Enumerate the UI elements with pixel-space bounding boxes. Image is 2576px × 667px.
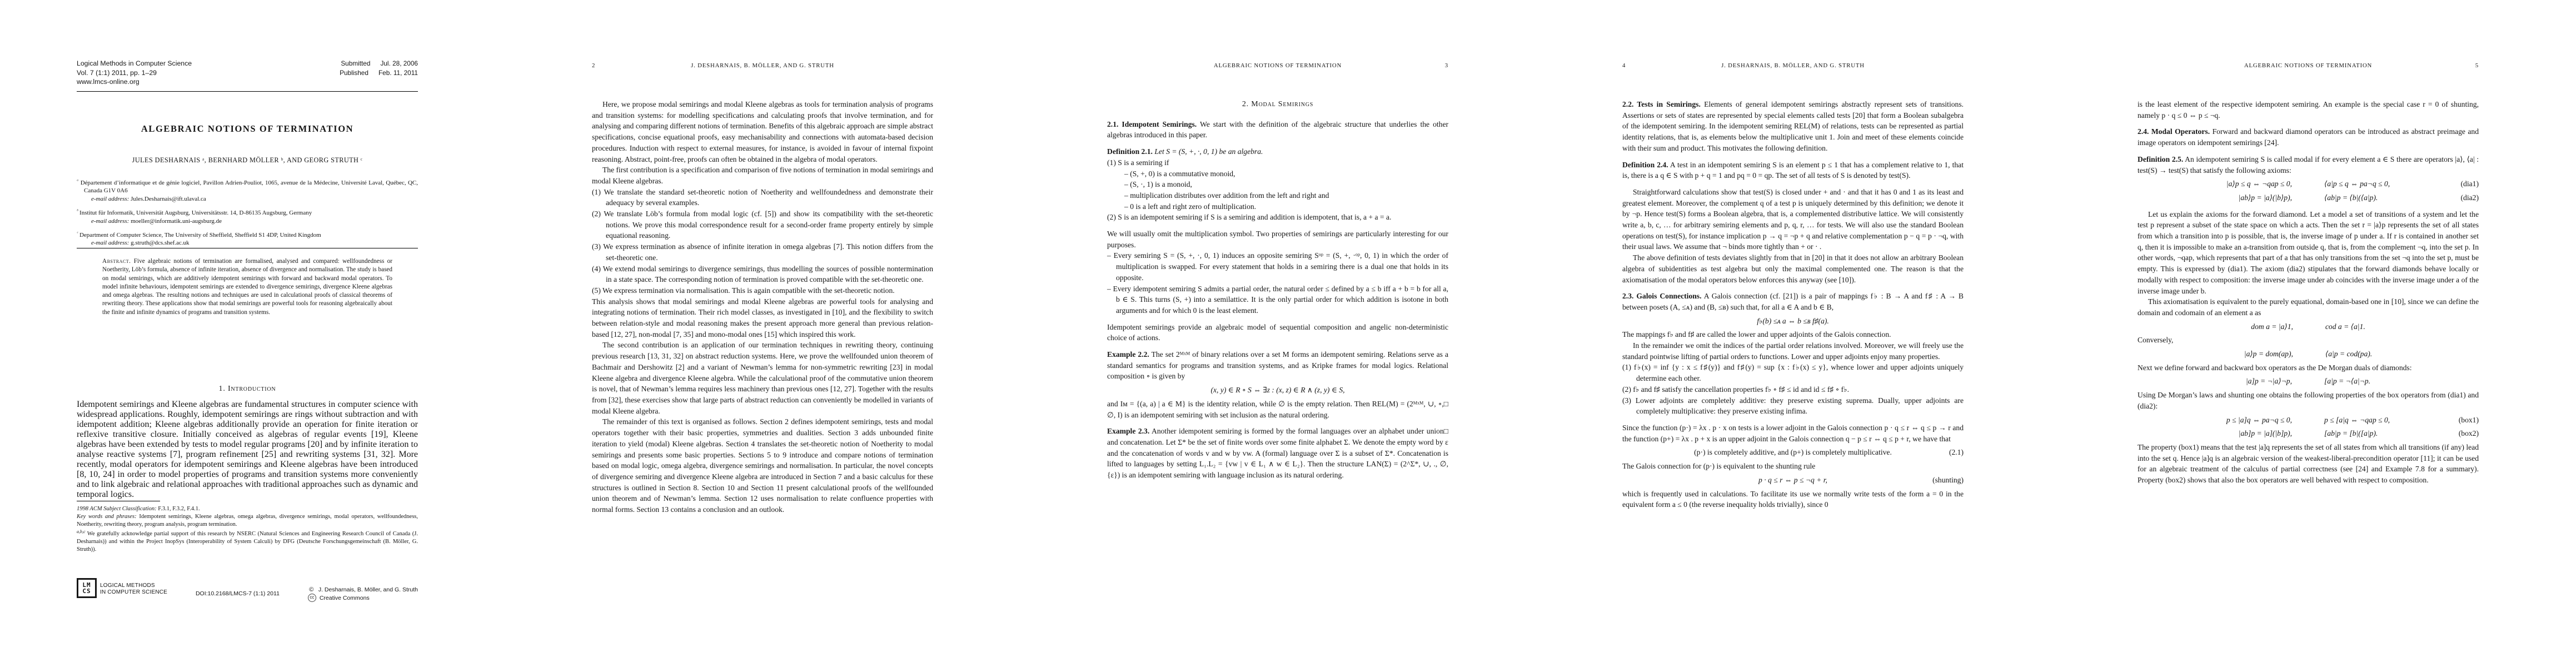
subsection-lead: 2.4. Modal Operators.: [2137, 127, 2210, 136]
equation-label: (box2): [2459, 428, 2479, 439]
subsection-lead: 2.1. Idempotent Semirings.: [1107, 120, 1197, 128]
list-item: (2) S is an idempotent semiring if S is …: [1107, 212, 1448, 223]
body-paragraph: This analysis shows that modal semirings…: [592, 296, 933, 340]
footnote-keywords-label: Key words and phrases:: [77, 514, 137, 520]
running-header: 2 J. DESHARNAIS, B. MÖLLER, AND G. STRUT…: [592, 62, 933, 69]
definition-lead: Definition 2.1.: [1107, 147, 1153, 156]
formula-text: f♭(b) ≤ᴀ a ⇔ b ≤ʙ f♯(a).: [1757, 317, 1829, 325]
affiliation-c: ᶜ Department of Computer Science, The Un…: [77, 229, 418, 247]
journal-url: www.lmcs-online.org: [77, 77, 192, 87]
page-3: ALGEBRAIC NOTIONS OF TERMINATION 3 2. Mo…: [1030, 0, 1546, 667]
abstract-block: Abstract. Five algebraic notions of term…: [77, 248, 418, 317]
subsection-paragraph: 2.3. Galois Connections. A Galois connec…: [1622, 291, 1964, 312]
formula-right: ⟨a|p ≤ q ⇔ pa¬q ≤ 0,: [2324, 180, 2390, 188]
formula-left: |a⟩p ≤ q ⇔ ¬qap ≤ 0,: [2226, 180, 2292, 188]
lmcs-logo-bottom: CS: [82, 588, 91, 594]
formula-left: |a]p = ¬|a⟩¬p,: [2246, 377, 2292, 385]
creative-commons-icon: cc: [308, 594, 316, 602]
affiliation-text: Département d’informatique et de génie l…: [81, 180, 418, 194]
list-item: (2) We translate Löb’s formula from moda…: [592, 208, 933, 241]
journal-info: Logical Methods in Computer Science Vol.…: [77, 59, 192, 87]
example-text: Another idempotent semiring is formed by…: [1107, 427, 1448, 479]
footnote-acm: 1998 ACM Subject Classification: F.3.1, …: [77, 505, 418, 513]
formula-right: [ab|p = [b|([a|p).: [2324, 429, 2378, 437]
body-paragraph: We will usually omit the multiplication …: [1107, 228, 1448, 250]
display-formula: dom a = |a⟩1,cod a = ⟨a|1.: [2137, 321, 2479, 332]
footnote-acm-label: 1998 ACM Subject Classification:: [77, 506, 157, 512]
definition-paragraph: Definition 2.4. A test in an idempotent …: [1622, 160, 1964, 181]
formula-text: p · q ≤ r ⇔ p ≤ ¬q + r,: [1758, 476, 1827, 484]
running-header: ALGEBRAIC NOTIONS OF TERMINATION 5: [2137, 62, 2479, 69]
formula-text: (x, y) ∈ R ∘ S ⇔ ∃z : (x, z) ∈ R ∧ (z, y…: [1210, 386, 1344, 394]
email-label: e-mail address:: [91, 240, 129, 246]
subsection-paragraph: 2.2. Tests in Semirings. Elements of gen…: [1622, 99, 1964, 154]
published-date: Feb. 11, 2011: [378, 68, 418, 78]
running-title: J. DESHARNAIS, B. MÖLLER, AND G. STRUTH: [625, 62, 900, 69]
text-column: Here, we propose modal semirings and mod…: [592, 99, 933, 515]
email-label: e-mail address:: [91, 218, 129, 225]
email-address: Jules.Desharnais@ift.ulaval.ca: [131, 196, 206, 202]
body-paragraph: Straightforward calculations show that t…: [1622, 187, 1964, 252]
definition-text: Let S = (S, +, ·, 0, 1) be an algebra.: [1154, 147, 1263, 156]
affiliation-mark: ᵃ: [77, 178, 78, 183]
body-paragraph: Next we define forward and backward box …: [2137, 362, 2479, 374]
footnote-acm-text: F.3.1, F.3.2, F.4.1.: [158, 506, 200, 512]
page-number: 3: [1415, 62, 1448, 69]
page-1: Logical Methods in Computer Science Vol.…: [0, 0, 515, 667]
body-paragraph: The first contribution is a specificatio…: [592, 165, 933, 186]
page-2: 2 J. DESHARNAIS, B. MÖLLER, AND G. STRUT…: [515, 0, 1030, 667]
display-formula: |a⟩p ≤ q ⇔ ¬qap ≤ 0,⟨a|p ≤ q ⇔ pa¬q ≤ 0,…: [2137, 178, 2479, 190]
pdf-document: Logical Methods in Computer Science Vol.…: [0, 0, 2576, 667]
text-column: is the least element of the respective i…: [2137, 99, 2479, 486]
page-4: 4 J. DESHARNAIS, B. MÖLLER, AND G. STRUT…: [1546, 0, 2061, 667]
lmcs-logo-icon: LM CS: [77, 578, 97, 598]
list-item: (1) We translate the standard set-theore…: [592, 187, 933, 208]
affiliations: ᵃ Département d’informatique et de génie…: [77, 177, 418, 251]
formula-text: (p·) is completely additive, and (p+) is…: [1694, 448, 1892, 456]
lmcs-wordmark-line2: IN COMPUTER SCIENCE: [100, 589, 167, 596]
page-number: 4: [1622, 62, 1656, 69]
lmcs-wordmark: LOGICAL METHODS IN COMPUTER SCIENCE: [100, 578, 167, 595]
equation-label: (shunting): [1932, 475, 1964, 486]
example-paragraph: □ Example 2.3. Another idempotent semiri…: [1107, 426, 1448, 481]
email-label: e-mail address:: [91, 196, 129, 202]
abstract-text: Five algebraic notions of termination ar…: [102, 258, 392, 316]
journal-name: Logical Methods in Computer Science: [77, 59, 192, 68]
published-label: Published: [340, 68, 368, 78]
body-paragraph: This axiomatisation is equivalent to the…: [2137, 296, 2479, 318]
list-item: – Every semiring S = (S, +, ·, 0, 1) ind…: [1107, 250, 1448, 283]
footnote-keywords: Key words and phrases: Idempotent semiri…: [77, 513, 418, 529]
body-paragraph: which is frequently used in calculations…: [1622, 489, 1964, 510]
running-title: ALGEBRAIC NOTIONS OF TERMINATION: [1140, 62, 1415, 69]
subsection-paragraph: 2.4. Modal Operators. Forward and backwa…: [2137, 126, 2479, 148]
copyright-icon: ©: [308, 586, 315, 594]
list-item: – (S, ·, 1) is a monoid,: [1107, 179, 1448, 190]
footnote-rule: [77, 501, 160, 501]
list-item: – 0 is a left and right zero of multipli…: [1107, 201, 1448, 212]
copyright-credits: © J. Desharnais, B. Möller, and G. Strut…: [308, 578, 418, 602]
text-column: 2.2. Tests in Semirings. Elements of gen…: [1622, 99, 1964, 510]
affiliation-text: Institut für Informatik, Universität Aug…: [79, 210, 312, 216]
body-paragraph: Using De Morgan’s laws and shunting one …: [2137, 390, 2479, 411]
running-title: ALGEBRAIC NOTIONS OF TERMINATION: [2171, 62, 2445, 69]
display-formula: |a]p = ¬|a⟩¬p,[a|p = ¬⟨a|¬p.: [2137, 376, 2479, 387]
email-address: moeller@informatik.uni-augsburg.de: [131, 218, 222, 225]
copyright-holders: J. Desharnais, B. Möller, and G. Struth: [318, 586, 418, 594]
formula-left: dom a = |a⟩1,: [2251, 322, 2293, 331]
example-lead: Example 2.3.: [1107, 427, 1149, 435]
example-continuation: □ and Iᴍ = {(a, a) | a ∈ M} is the ident…: [1107, 399, 1448, 420]
formula-right: ⟨a|p = cod(pa).: [2325, 350, 2372, 358]
example-text: The set 2ᴹˣᴹ of binary relations over a …: [1107, 350, 1448, 380]
definition-lead: Definition 2.4.: [1622, 161, 1668, 169]
submitted-label: Submitted: [341, 59, 370, 68]
formula-left: |ab]p = |a](|b]p),: [2239, 429, 2292, 437]
display-formula: p · q ≤ r ⇔ p ≤ ¬q + r, (shunting): [1622, 475, 1964, 486]
authors-line: JULES DESHARNAIS ᵃ, BERNHARD MÖLLER ᵇ, A…: [77, 156, 418, 165]
affiliation-text: Department of Computer Science, The Univ…: [79, 232, 321, 238]
formula-right: [a|p = ¬⟨a|¬p.: [2324, 377, 2370, 385]
footnote-ack-text: We gratefully acknowledge partial suppor…: [77, 531, 418, 552]
equation-label: (box1): [2459, 415, 2479, 426]
display-formula: |ab]p = |a](|b]p),[ab|p = [b|([a|p). (bo…: [2137, 428, 2479, 439]
example-text: and Iᴍ = {(a, a) | a ∈ M} is the identit…: [1107, 400, 1444, 419]
display-formula: |a⟩p = dom(ap),⟨a|p = cod(pa).: [2137, 349, 2479, 360]
formula-right: ⟨ab|p = ⟨b|(⟨a|p).: [2324, 193, 2378, 202]
body-paragraph: Here, we propose modal semirings and mod…: [592, 99, 933, 165]
journal-header: Logical Methods in Computer Science Vol.…: [77, 59, 418, 92]
example-paragraph: Example 2.2. The set 2ᴹˣᴹ of binary rela…: [1107, 349, 1448, 382]
footnote-ack-mark: a,b,c: [77, 529, 86, 534]
body-paragraph: In the remainder we omit the indices of …: [1622, 340, 1964, 362]
equation-label: (dia1): [2461, 178, 2479, 190]
list-item: (4) We extend modal semirings to diverge…: [592, 263, 933, 285]
list-item: – multiplication distributes over additi…: [1107, 190, 1448, 201]
list-item: – (S, +, 0) is a commutative monoid,: [1107, 168, 1448, 180]
journal-dates: Submitted Jul. 28, 2006 Published Feb. 1…: [340, 59, 418, 77]
subsection-lead: 2.2. Tests in Semirings.: [1622, 100, 1701, 108]
journal-volume: Vol. 7 (1:1) 2011, pp. 1–29: [77, 68, 192, 78]
list-item: (1) S is a semiring if: [1107, 157, 1448, 168]
footnote-block: 1998 ACM Subject Classification: F.3.1, …: [77, 501, 418, 554]
submitted-date: Jul. 28, 2006: [380, 59, 418, 68]
affiliation-b: ᵇ Institut für Informatik, Universität A…: [77, 207, 418, 225]
subsection-lead: 2.3. Galois Connections.: [1622, 292, 1702, 300]
body-paragraph: The mappings f♭ and f♯ are called the lo…: [1622, 329, 1964, 340]
lmcs-wordmark-line1: LOGICAL METHODS: [100, 583, 167, 589]
paper-title: ALGEBRAIC NOTIONS OF TERMINATION: [77, 123, 418, 135]
list-item: (1) f♭(x) = inf {y : x ≤ f♯(y)} and f♯(y…: [1622, 362, 1964, 384]
qed-box: □: [1444, 426, 1448, 437]
formula-left: p ≤ |a]q ⇔ pa¬q ≤ 0,: [2226, 416, 2292, 424]
intro-paragraph: Idempotent semirings and Kleene algebras…: [77, 400, 418, 500]
definition-text: A test in an idempotent semiring S is an…: [1622, 161, 1964, 180]
creative-commons-label: Creative Commons: [320, 594, 370, 602]
list-item: – Every idempotent semiring S admits a p…: [1107, 283, 1448, 316]
example-lead: Example 2.2.: [1107, 350, 1149, 359]
formula-left: |a⟩p = dom(ap),: [2244, 350, 2293, 358]
definition-paragraph: Definition 2.1. Let S = (S, +, ·, 0, 1) …: [1107, 146, 1448, 157]
formula-right: p ≤ [a|q ⇔ ¬qap ≤ 0,: [2324, 416, 2390, 424]
list-item: (5) We express termination via normalisa…: [592, 285, 933, 296]
list-item: (2) f♭ and f♯ satisfy the cancellation p…: [1622, 384, 1964, 395]
running-title: J. DESHARNAIS, B. MÖLLER, AND G. STRUTH: [1656, 62, 1930, 69]
formula-left: |ab⟩p = |a⟩(|b⟩p),: [2239, 193, 2292, 202]
definition-paragraph: Definition 2.5. An idempotent semiring S…: [2137, 154, 2479, 176]
display-formula: (p·) is completely additive, and (p+) is…: [1622, 447, 1964, 458]
equation-label: (2.1): [1949, 447, 1964, 458]
list-item: (3) We express termination as absence of…: [592, 241, 933, 263]
abstract-label: Abstract.: [102, 258, 131, 265]
page-number: 2: [592, 62, 625, 69]
affiliation-mark: ᶜ: [77, 230, 78, 236]
section-heading-introduction: 1. Introduction: [77, 385, 418, 394]
definition-lead: Definition 2.5.: [2137, 155, 2183, 163]
equation-label: (dia2): [2461, 192, 2479, 203]
email-address: g.struth@dcs.shef.ac.uk: [131, 240, 189, 246]
running-header: ALGEBRAIC NOTIONS OF TERMINATION 3: [1107, 62, 1448, 69]
body-paragraph: is the least element of the respective i…: [2137, 99, 2479, 121]
subsection-paragraph: 2.1. Idempotent Semirings. We start with…: [1107, 119, 1448, 141]
body-paragraph: Conversely,: [2137, 335, 2479, 346]
section-heading-modal-semirings: 2. Modal Semirings: [1107, 99, 1448, 110]
page-5: ALGEBRAIC NOTIONS OF TERMINATION 5 is th…: [2061, 0, 2576, 667]
affiliation-a: ᵃ Département d’informatique et de génie…: [77, 177, 418, 203]
body-paragraph: The remainder of this text is organised …: [592, 416, 933, 515]
page-number: 5: [2445, 62, 2479, 69]
footnote-acknowledgement: a,b,c We gratefully acknowledge partial …: [77, 528, 418, 553]
display-formula: p ≤ |a]q ⇔ pa¬q ≤ 0,p ≤ [a|q ⇔ ¬qap ≤ 0,…: [2137, 415, 2479, 426]
body-paragraph: Since the function (p·) = λx . p · x on …: [1622, 422, 1964, 444]
display-formula: f♭(b) ≤ᴀ a ⇔ b ≤ʙ f♯(a).: [1622, 316, 1964, 327]
body-paragraph: Idempotent semirings provide an algebrai…: [1107, 322, 1448, 344]
formula-right: cod a = ⟨a|1.: [2325, 322, 2365, 331]
text-column: 2. Modal Semirings 2.1. Idempotent Semir…: [1107, 99, 1448, 481]
body-paragraph: The second contribution is an applicatio…: [592, 340, 933, 416]
running-header: 4 J. DESHARNAIS, B. MÖLLER, AND G. STRUT…: [1622, 62, 1964, 69]
body-paragraph: The property (box1) means that the test …: [2137, 442, 2479, 486]
page-footer: LM CS LOGICAL METHODS IN COMPUTER SCIENC…: [77, 578, 418, 602]
definition-text: An idempotent semiring S is called modal…: [2137, 155, 2479, 175]
display-formula: |ab⟩p = |a⟩(|b⟩p),⟨ab|p = ⟨b|(⟨a|p). (di…: [2137, 192, 2479, 203]
display-formula: (x, y) ∈ R ∘ S ⇔ ∃z : (x, z) ∈ R ∧ (z, y…: [1107, 385, 1448, 396]
qed-box: □: [1444, 399, 1448, 410]
body-paragraph: The Galois connection for (p·) is equiva…: [1622, 461, 1964, 472]
list-item: (3) Lower adjoints are completely additi…: [1622, 395, 1964, 417]
body-paragraph: Let us explain the axioms for the forwar…: [2137, 209, 2479, 297]
affiliation-mark: ᵇ: [77, 208, 78, 213]
doi-text: DOI:10.2168/LMCS-7 (1:1) 2011: [167, 578, 308, 597]
body-paragraph: The above definition of tests deviates s…: [1622, 252, 1964, 285]
